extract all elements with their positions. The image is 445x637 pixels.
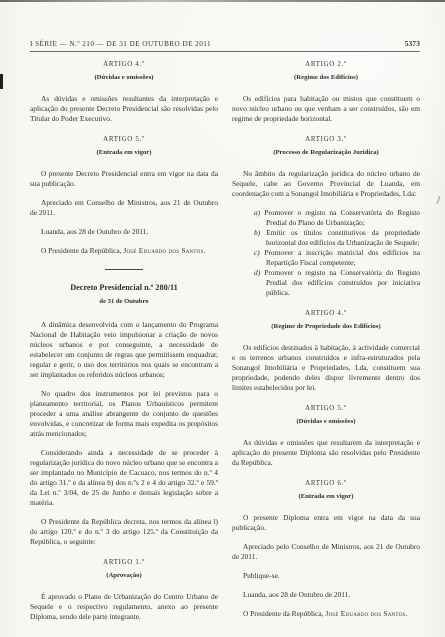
article-3-subtitle: (Processo de Regularização Jurídica): [232, 148, 420, 158]
page-number: 5373: [405, 40, 420, 48]
list-item: b) Emitir os títulos constitutivos da pr…: [232, 228, 420, 248]
decree-title: Decreto Presidencial n.º 280/11: [30, 283, 218, 293]
signature-name: José Eduardo dos Santos: [325, 609, 405, 618]
article-5-body: O presente Decreto Presidencial entra em…: [30, 169, 218, 189]
scan-edge-artifact: [0, 0, 445, 2]
place-date-line-right: Luanda, aos 28 de Outubro de 2011.: [232, 590, 420, 600]
scan-notch-artifact: [0, 74, 3, 89]
list-item-text: Promover a inscrição matricial dos edifí…: [264, 248, 420, 267]
article-4-heading: ARTIGO 4.º: [30, 60, 218, 70]
decree-subtitle: de 31 de Outubro: [30, 297, 218, 307]
signature-suffix: .: [406, 609, 408, 618]
right-column: ARTIGO 2.º (Regime dos Edifícios) Os edi…: [232, 57, 420, 631]
article-2-body: Os edifícios para habitação ou mistos qu…: [232, 94, 420, 124]
list-item: d) Promover o registo na Conservatória d…: [232, 268, 420, 298]
article-5-subtitle-right: (Dúvidas e omissões): [232, 417, 420, 427]
list-item-letter: d): [254, 268, 260, 277]
list-item: c) Promover a inscrição matricial dos ed…: [232, 248, 420, 268]
list-item-text: Promover o registo na Conservatória do R…: [264, 208, 420, 227]
article-4-subtitle-right: (Regime de Propriedade dos Edifícios): [232, 322, 420, 332]
article-1-heading: ARTIGO 1.º: [30, 558, 218, 568]
scan-mark-artifact: [437, 196, 441, 204]
list-item-letter: a): [254, 208, 260, 217]
enacting-formula: O Presidente da República decreta, nos t…: [30, 517, 218, 547]
gazette-page: I SÉRIE — N.º 210 — DE 31 DE OUTUBRO DE …: [0, 0, 445, 637]
article-4-body-right: Os edifícios destinados à habitação, à a…: [232, 343, 420, 393]
preamble-paragraph-2: No quadro dos instrumentos por lei previ…: [30, 389, 218, 439]
list-item-text: Emitir os títulos constitutivos da propr…: [266, 228, 420, 247]
article-4-heading-right: ARTIGO 4.º: [232, 309, 420, 319]
article-4-subtitle: (Dúvidas e omissões): [30, 73, 218, 83]
article-3-item-list: a) Promover o registo na Conservatória d…: [232, 208, 420, 298]
publish-order-line: Publique-se.: [232, 571, 420, 581]
article-5-subtitle: (Entrada em vigor): [30, 148, 218, 158]
article-2-subtitle: (Regime dos Edifícios): [232, 73, 420, 83]
left-column: ARTIGO 4.º (Dúvidas e omissões) As dúvid…: [30, 57, 218, 631]
article-5-heading: ARTIGO 5.º: [30, 135, 218, 145]
signature-line: O Presidente da República, José Eduardo …: [30, 246, 218, 256]
article-1-subtitle: (Aprovação): [30, 571, 218, 581]
article-6-heading: ARTIGO 6.º: [232, 479, 420, 489]
page-header: I SÉRIE — N.º 210 — DE 31 DE OUTUBRO DE …: [30, 40, 420, 52]
signature-prefix: O Presidente da República,: [243, 609, 325, 618]
article-5-heading-right: ARTIGO 5.º: [232, 404, 420, 414]
issue-line: I SÉRIE — N.º 210 — DE 31 DE OUTUBRO DE …: [30, 40, 211, 48]
article-6-body: O presente Diploma entra em vigor na dat…: [232, 513, 420, 533]
article-2-heading: ARTIGO 2.º: [232, 60, 420, 70]
list-item: a) Promover o registo na Conservatória d…: [232, 208, 420, 228]
page-body: ARTIGO 4.º (Dúvidas e omissões) As dúvid…: [30, 57, 420, 631]
list-item-letter: c): [254, 248, 260, 257]
signature-suffix: .: [204, 246, 206, 255]
article-4-body: As dúvidas e omissões resultantes da int…: [30, 94, 218, 124]
preamble-paragraph-1: A dinâmica desenvolvida com o lançamento…: [30, 320, 218, 380]
council-approval-line-right: Apreciado pelo Conselho de Ministros, ao…: [232, 542, 420, 562]
preamble-paragraph-3: Considerando ainda a necessidade de se p…: [30, 448, 218, 508]
signature-prefix: O Presidente da República,: [41, 246, 123, 255]
article-6-subtitle: (Entrada em vigor): [232, 492, 420, 502]
place-date-line: Luanda, aos 28 de Outubro de 2011.: [30, 227, 218, 237]
article-5-body-right: As dúvidas e omissões que resultarem da …: [232, 438, 420, 468]
section-divider: [105, 269, 143, 270]
list-item-text: Promover o registo na Conservatória do R…: [264, 268, 420, 297]
signature-line-right: O Presidente da República, José Eduardo …: [232, 609, 420, 619]
council-approval-line: Apreciado em Conselho de Ministros, aos …: [30, 198, 218, 218]
article-3-body: No âmbito da regularização jurídica do n…: [232, 169, 420, 199]
article-3-heading: ARTIGO 3.º: [232, 135, 420, 145]
signature-name: José Eduardo dos Santos: [123, 246, 203, 255]
list-item-letter: b): [254, 228, 260, 237]
article-1-body: É aprovado o Plano de Urbanização do Cen…: [30, 592, 218, 622]
